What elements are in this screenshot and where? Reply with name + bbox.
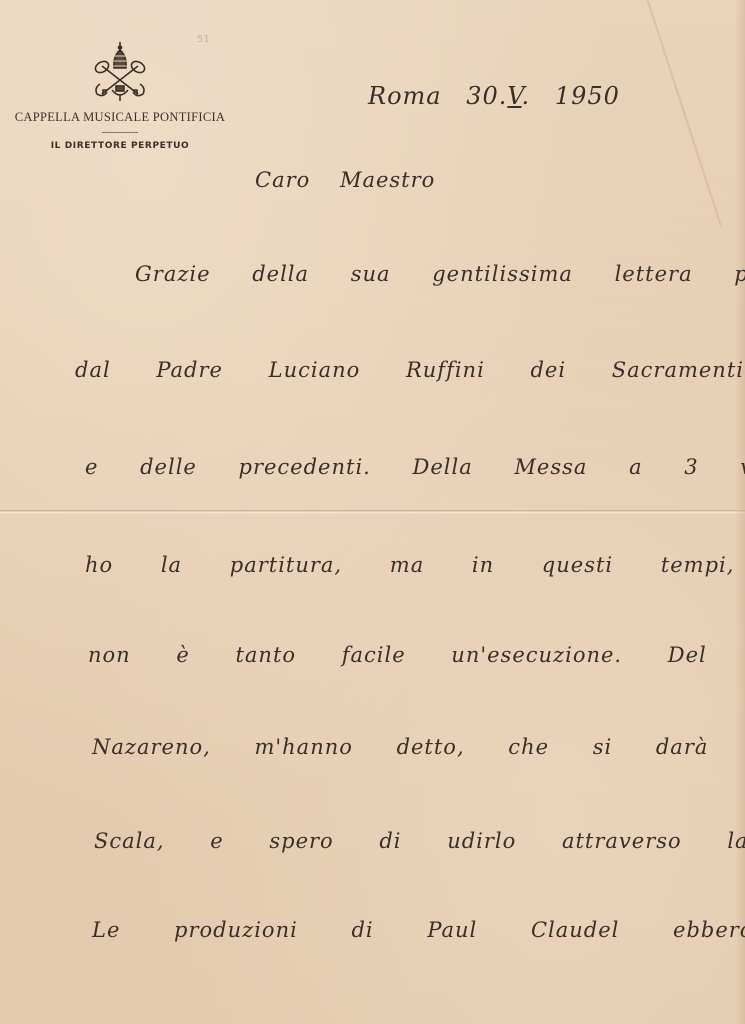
director-title: IL DIRETTORE PERPETUO bbox=[0, 141, 240, 151]
body-line: ho la partitura, ma in questi tempi, bbox=[85, 553, 734, 577]
body-line: Nazareno, m'hanno detto, che si darà all… bbox=[92, 735, 745, 759]
organization-name: CAPPELLA MUSICALE PONTIFICIA bbox=[0, 110, 240, 125]
body-line: Scala, e spero di udirlo attraverso la R… bbox=[94, 829, 745, 853]
letter-page: 51 CAPPELLA MUS bbox=[0, 0, 745, 1024]
papal-crest-icon bbox=[90, 40, 150, 102]
date-month: V bbox=[507, 82, 521, 110]
body-line: dal Padre Luciano Ruffini dei Sacramenti… bbox=[75, 358, 745, 382]
letterhead: CAPPELLA MUSICALE PONTIFICIA IL DIRETTOR… bbox=[0, 40, 240, 151]
body-line: e delle precedenti. Della Messa a 3 voci bbox=[85, 455, 745, 479]
date-day: 30. bbox=[466, 82, 507, 110]
body-line: non è tanto facile un'esecuzione. Del bbox=[88, 643, 707, 667]
paper-fold-line bbox=[0, 510, 745, 514]
date-year: . 1950 bbox=[522, 82, 620, 110]
body-line: Le produzioni di Paul Claudel ebbero bbox=[92, 918, 745, 942]
date-place: Roma bbox=[368, 82, 442, 110]
letterhead-divider bbox=[102, 132, 138, 133]
salutation: Caro Maestro bbox=[255, 168, 435, 192]
dateline: Roma 30.V. 1950 bbox=[368, 82, 620, 110]
paper-crease bbox=[640, 0, 722, 227]
body-line: Grazie della sua gentilissima lettera pe… bbox=[135, 262, 745, 286]
paper-edge-shadow bbox=[735, 0, 745, 1024]
